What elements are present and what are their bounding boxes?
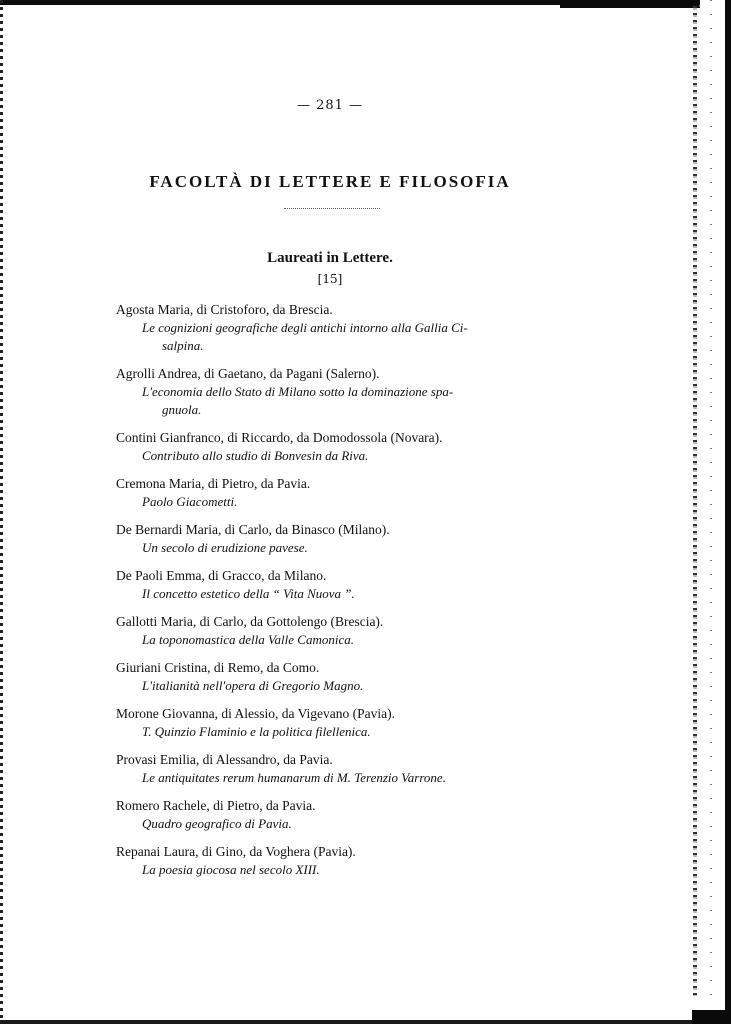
scan-border-right [725, 0, 731, 1024]
list-item: Cremona Maria, di Pietro, da Pavia. Paol… [116, 474, 556, 511]
thesis-title: La poesia giocosa nel secolo XIII. [116, 861, 556, 879]
list-item: Agrolli Andrea, di Gaetano, da Pagani (S… [116, 364, 556, 419]
graduate-name: Agosta Maria, di Cristoforo, da Brescia. [116, 300, 556, 319]
graduate-name: Romero Rachele, di Pietro, da Pavia. [116, 796, 556, 815]
thesis-title: Paolo Giacometti. [116, 493, 556, 511]
list-item: De Paoli Emma, di Gracco, da Milano. Il … [116, 566, 556, 603]
graduate-name: Repanai Laura, di Gino, da Voghera (Pavi… [116, 842, 556, 861]
thesis-title: La toponomastica della Valle Camonica. [116, 631, 556, 649]
thesis-title: Le antiquitates rerum humanarum di M. Te… [116, 769, 556, 787]
graduate-name: Agrolli Andrea, di Gaetano, da Pagani (S… [116, 364, 556, 383]
graduate-name: Cremona Maria, di Pietro, da Pavia. [116, 474, 556, 493]
scan-page-edge-right [693, 6, 697, 996]
list-item: Agosta Maria, di Cristoforo, da Brescia.… [116, 300, 556, 355]
thesis-title: Il concetto estetico della “ Vita Nuova … [116, 585, 556, 603]
list-item: De Bernardi Maria, di Carlo, da Binasco … [116, 520, 556, 557]
graduate-name: Contini Gianfranco, di Riccardo, da Domo… [116, 428, 556, 447]
thesis-line-continued: salpina. [142, 337, 556, 355]
scan-border-bottom [0, 1020, 731, 1024]
thesis-title: L'italianità nell'opera di Gregorio Magn… [116, 677, 556, 695]
graduate-name: De Bernardi Maria, di Carlo, da Binasco … [116, 520, 556, 539]
list-item: Repanai Laura, di Gino, da Voghera (Pavi… [116, 842, 556, 879]
graduate-name: Morone Giovanna, di Alessio, da Vigevano… [116, 704, 556, 723]
thesis-title: L'economia dello Stato di Milano sotto l… [116, 383, 556, 419]
list-item: Gallotti Maria, di Carlo, da Gottolengo … [116, 612, 556, 649]
section-title: Laureati in Lettere. [0, 250, 660, 267]
graduates-list: Agosta Maria, di Cristoforo, da Brescia.… [116, 300, 556, 888]
thesis-title: Le cognizioni geografiche degli antichi … [116, 319, 556, 355]
scan-border-bottom-corner [692, 1010, 731, 1024]
graduate-name: Giuriani Cristina, di Remo, da Como. [116, 658, 556, 677]
list-item: Romero Rachele, di Pietro, da Pavia. Qua… [116, 796, 556, 833]
faculty-title: FACOLTÀ DI LETTERE E FILOSOFIA [0, 172, 660, 192]
thesis-line: L'economia dello Stato di Milano sotto l… [142, 384, 453, 399]
scan-border-top-right [560, 2, 700, 8]
graduate-name: De Paoli Emma, di Gracco, da Milano. [116, 566, 556, 585]
page-number: — 281 — [0, 98, 660, 113]
list-item: Provasi Emilia, di Alessandro, da Pavia.… [116, 750, 556, 787]
graduate-name: Gallotti Maria, di Carlo, da Gottolengo … [116, 612, 556, 631]
thesis-line: Le cognizioni geografiche degli antichi … [142, 320, 468, 335]
graduate-name: Provasi Emilia, di Alessandro, da Pavia. [116, 750, 556, 769]
thesis-title: T. Quinzio Flaminio e la politica filell… [116, 723, 556, 741]
scan-border-left [0, 0, 3, 1024]
list-item: Morone Giovanna, di Alessio, da Vigevano… [116, 704, 556, 741]
list-item: Giuriani Cristina, di Remo, da Como. L'i… [116, 658, 556, 695]
thesis-title: Un secolo di erudizione pavese. [116, 539, 556, 557]
title-ornament-divider [284, 205, 380, 209]
thesis-title: Contributo allo studio di Bonvesin da Ri… [116, 447, 556, 465]
list-item: Contini Gianfranco, di Riccardo, da Domo… [116, 428, 556, 465]
thesis-line-continued: gnuola. [142, 401, 556, 419]
scan-noise-right [710, 0, 712, 1000]
thesis-title: Quadro geografico di Pavia. [116, 815, 556, 833]
section-count: [15] [0, 272, 660, 286]
